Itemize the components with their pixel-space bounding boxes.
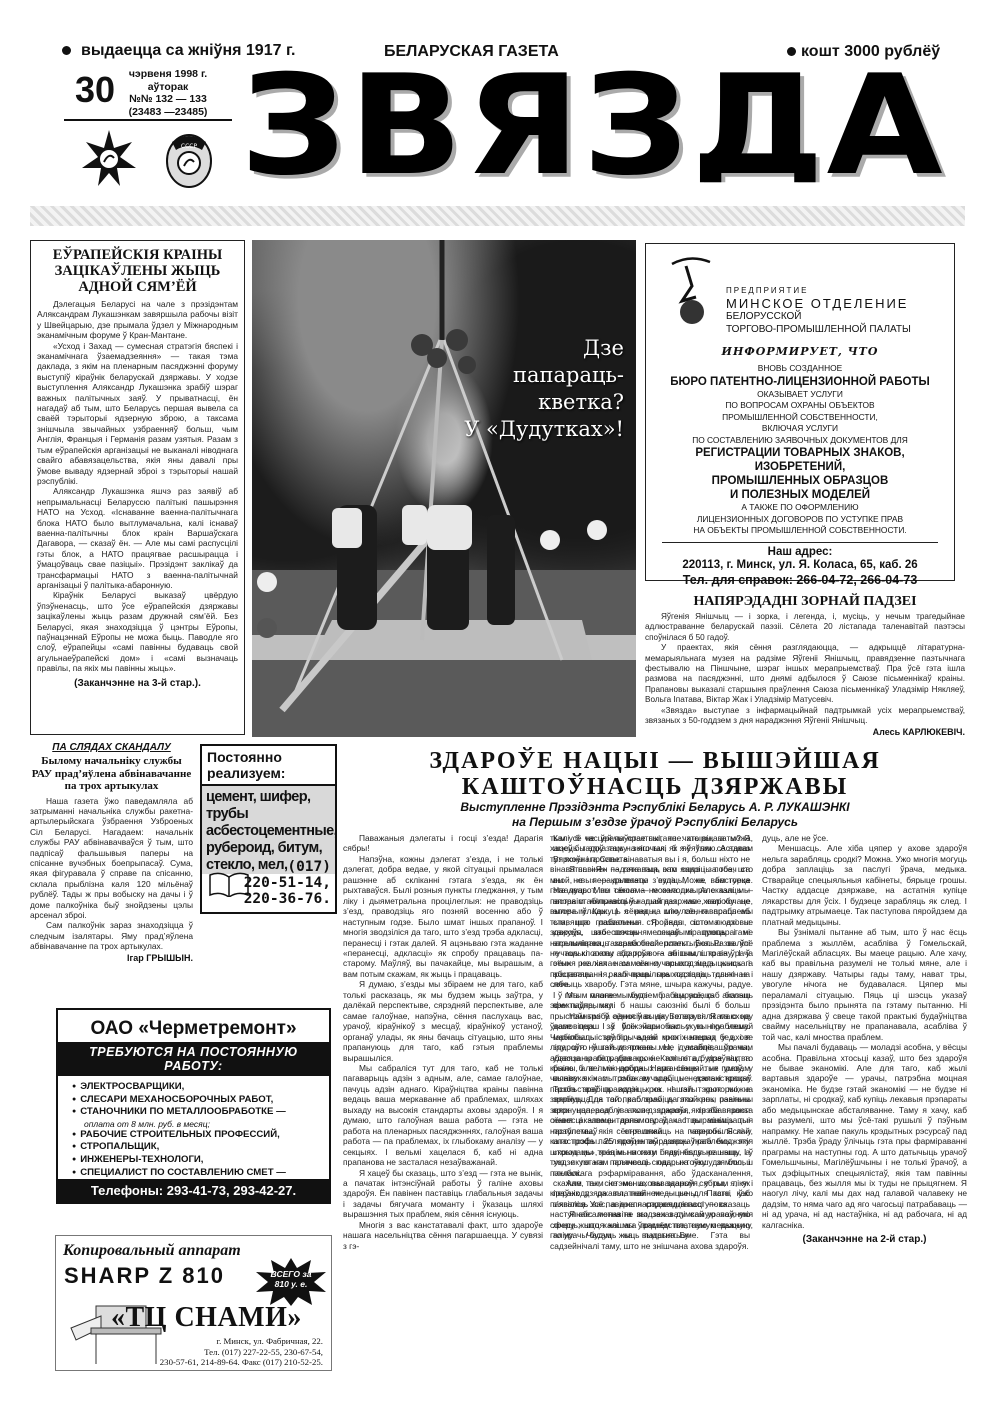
main-column-1: Паважаныя дэлегаты i госцi з’езда! Дараг… xyxy=(343,833,543,1251)
phones: Тел. для справок: 266-04-72, 266-04-73 xyxy=(646,573,954,588)
job-item: ЭЛЕКТРОСВАРЩИКИ, xyxy=(72,1081,321,1094)
order-star-icon xyxy=(80,128,138,190)
scandal-body: Наша газета ўжо паведамляла аб затрыманн… xyxy=(30,796,193,952)
cherm-phones: Телефоны: 293-41-73, 293-42-27. xyxy=(58,1179,329,1202)
copier-title: Копировальный аппарат xyxy=(63,1242,241,1260)
issue-date-block: чэрвеня 1998 г. аўторак №№ 132 — 133 (23… xyxy=(123,68,213,118)
chamber-logo-icon xyxy=(666,256,716,326)
issue-total: (23483 —23485) xyxy=(123,106,213,119)
copier-model: SHARP Z 810 xyxy=(64,1263,225,1289)
paper-type: БЕЛАРУСКАЯ ГАЗЕТА xyxy=(384,43,559,61)
chamber-org-name: ПРЕДПРИЯТИЕ МИНСКОЕ ОТДЕЛЕНИЕ БЕЛОРУССКО… xyxy=(726,284,911,336)
chermetremont-ad: ОАО «Черметремонт» ТРЕБУЮТСЯ НА ПОСТОЯНН… xyxy=(56,1008,331,1204)
rubric: ПА СЛЯДАХ СКАНДАЛУ xyxy=(30,742,193,753)
main-headline: ЗДАРОЎЕ НАЦЫI — ВЫШЭЙШАЯ КАШТОЎНАСЦЬ ДЗЯ… xyxy=(340,748,970,800)
price-burst-text: ВСЕГО за 810 у. е. xyxy=(268,1269,314,1289)
bullet-icon xyxy=(62,46,71,55)
materials-header: Постоянно реализуем: xyxy=(202,746,335,786)
issue-month-year: чэрвеня 1998 г. xyxy=(123,68,213,81)
company-name: ОАО «Черметремонт» xyxy=(58,1010,329,1042)
stars-body: Яўгенiя Янiшчыц — i зорка, i легенда, i,… xyxy=(645,612,965,726)
lead-headline: ЕЎРАПЕЙСКIЯ КРАIНЫ ЗАЦIКАЎЛЕНЫ ЖЫЦЬ АДНО… xyxy=(37,247,238,295)
founded-line: выдаецца са жнiўня 1917 г. xyxy=(62,42,295,60)
divider xyxy=(64,119,232,121)
main-column-4: дуць, але не ўсе. Меншасць. Але хiба цяп… xyxy=(762,833,967,1245)
newspaper-title: ЗВЯЗДА xyxy=(240,70,962,182)
job-item: СТРОПАЛЬЩИК, xyxy=(72,1141,321,1154)
photo-caption: Дзе папараць- кветка? У «Дудутках»! xyxy=(464,335,624,443)
address: 220113, г. Минск, ул. Я. Коласа, 65, каб… xyxy=(646,558,954,573)
chamber-body: ВНОВЬ СОЗДАННОЕ БЮРО ПАТЕНТНО-ЛИЦЕНЗИОНН… xyxy=(646,363,954,588)
main-continuation: (Заканчэнне на 2-й стар.) xyxy=(762,1234,967,1245)
scandal-article: ПА СЛЯДАХ СКАНДАЛУ Былому начальнiку слу… xyxy=(30,742,193,963)
lead-article: ЕЎРАПЕЙСКIЯ КРАIНЫ ЗАЦIКАЎЛЕНЫ ЖЫЦЬ АДНО… xyxy=(30,240,245,735)
main-column-3: Калi б не ўрачы-практыкi, то чатыры, а м… xyxy=(553,833,753,1241)
main-subhead: Выступленне Прэзiдэнта Рэспублiкi Белару… xyxy=(340,800,970,830)
lead-continuation: (Заканчэнне на 3-й стар.). xyxy=(37,678,238,689)
shop-contacts: г. Минск, ул. Фабричная, 22. Тел. (017) … xyxy=(160,1336,323,1368)
issue-day: 30 xyxy=(75,72,115,108)
job-item: ИНЖЕНЕРЫ-ТЕХНОЛОГИ, xyxy=(72,1154,321,1167)
stars-headline: НАПЯРЭДАДНI ЗОРНАЙ ПАДЗЕI xyxy=(645,594,965,610)
building-materials-ad: Постоянно реализуем: цемент, шифер, труб… xyxy=(200,744,337,914)
job-item: РАБОЧИЕ СТРОИТЕЛЬНЫХ ПРОФЕССИЙ, xyxy=(72,1129,321,1142)
divider xyxy=(662,542,938,543)
chamber-of-commerce-ad: ПРЕДПРИЯТИЕ МИНСКОЕ ОТДЕЛЕНИЕ БЕЛОРУССКО… xyxy=(645,243,955,581)
lead-body: Дэлегацыя Беларусi на чале з прэзiдэнтам… xyxy=(37,299,238,674)
stars-article: НАПЯРЭДАДНI ЗОРНАЙ ПАДЗЕI Яўгенiя Янiшчы… xyxy=(645,594,965,737)
chamber-informs: ИНФОРМИРУЕТ, ЧТО xyxy=(646,345,954,358)
address-label: Наш адрес: xyxy=(646,547,954,559)
bullet-icon xyxy=(787,47,796,56)
sharp-copier-ad: Копировальный аппарат SHARP Z 810 ВСЕГО … xyxy=(55,1235,332,1371)
job-item: СЛЕСАРИ МЕХАНОСБОРОЧНЫХ РАБОТ, xyxy=(72,1094,321,1107)
job-list: ЭЛЕКТРОСВАРЩИКИ, СЛЕСАРИ МЕХАНОСБОРОЧНЫХ… xyxy=(58,1076,329,1189)
scandal-author: Iгар ГРЫШЫН. xyxy=(30,953,193,963)
scandal-headline: Былому начальнiку службы РАУ прад’яўлена… xyxy=(30,755,193,793)
ornament-band xyxy=(30,206,965,226)
stars-author: Алесь КАРЛЮКЕВIЧ. xyxy=(645,727,965,737)
issue-weekday: аўторак xyxy=(123,81,213,94)
shop-name: «ТЦ СНАМИ» xyxy=(111,1302,302,1334)
raft-photo: Дзе папараць- кветка? У «Дудутках»! xyxy=(252,240,636,737)
svg-text:СССР: СССР xyxy=(181,143,198,150)
jobs-banner: ТРЕБУЮТСЯ НА ПОСТОЯННУЮ РАБОТУ: xyxy=(58,1042,329,1076)
photo-scene xyxy=(252,240,636,737)
price-line: кошт 3000 рублёў xyxy=(787,43,940,61)
issue-number: №№ 132 — 133 xyxy=(123,93,213,106)
job-item: СТАНОЧНИКИ ПО МЕТАЛЛООБРАБОТКЕ —оплата о… xyxy=(72,1106,321,1129)
main-article-heading: ЗДАРОЎЕ НАЦЫI — ВЫШЭЙШАЯ КАШТОЎНАСЦЬ ДЗЯ… xyxy=(340,748,970,830)
order-banner-icon: СССР xyxy=(160,128,218,190)
materials-phones: (017) 220-51-14, 220-36-76. xyxy=(244,859,331,907)
